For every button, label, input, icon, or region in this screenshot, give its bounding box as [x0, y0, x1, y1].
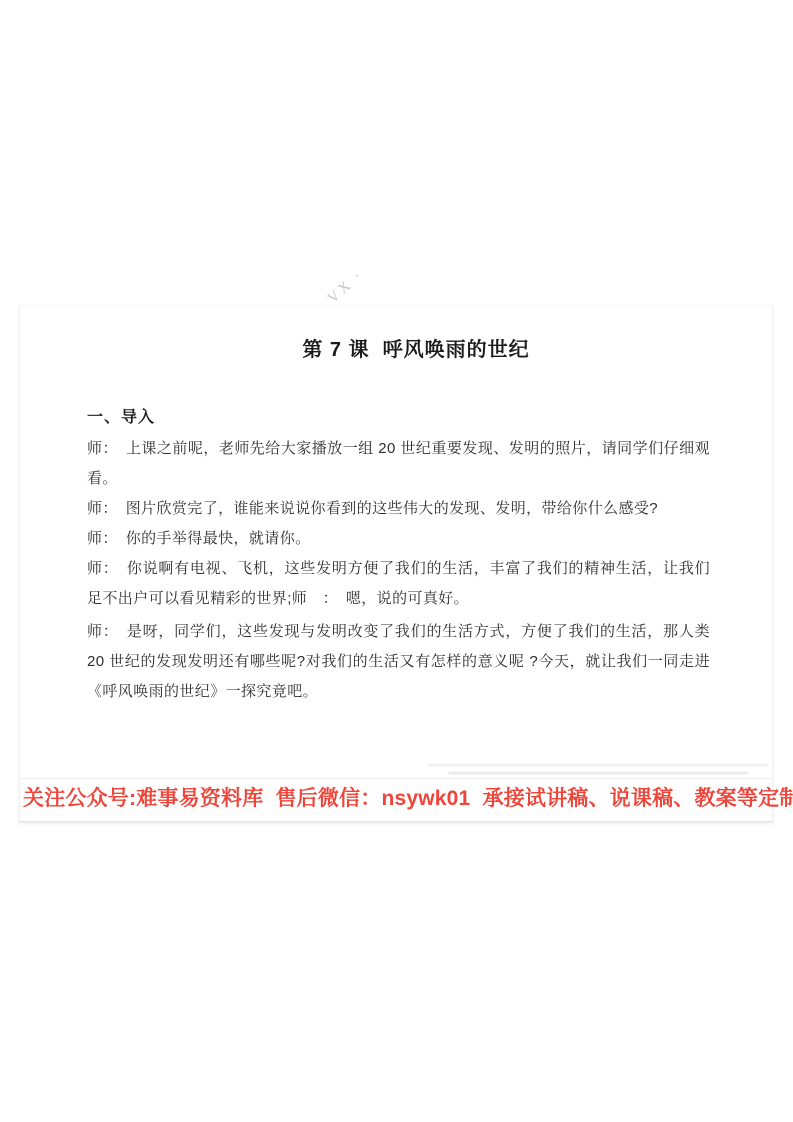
smudge-line [428, 764, 768, 766]
dialogue-paragraph: 师： 是呀，同学们，这些发现与发明改变了我们的生活方式，方便了我们的生活，那人类… [87, 617, 710, 707]
footer-notice-strip: 关注公众号:难事易资料库 售后微信：nsywk01 承接试讲稿、说课稿、教案等定… [21, 778, 771, 818]
document-page: 第 7 课 呼风唤雨的世纪 一、导入 师： 上课之前呢，老师先给大家播放一组 2… [19, 305, 773, 822]
dialogue-paragraph: 师： 上课之前呢，老师先给大家播放一组 20 世纪重要发现、发明的照片，请同学们… [87, 434, 710, 494]
dialogue-paragraph: 师： 图片欣赏完了，谁能来说说你看到的这些伟大的发现、发明，带给你什么感受? [87, 494, 710, 524]
footer-notice-text: 关注公众号:难事易资料库 售后微信：nsywk01 承接试讲稿、说课稿、教案等定… [23, 782, 771, 812]
scanned-document-canvas: VX · 第 7 课 呼风唤雨的世纪 一、导入 师： 上课之前呢，老师先给大家播… [0, 0, 793, 1122]
diagonal-watermark-text: VX · [325, 267, 368, 308]
dialogue-paragraph: 师： 你说啊有电视、飞机，这些发明方便了我们的生活，丰富了我们的精神生活，让我们… [87, 554, 710, 614]
section-heading-intro: 一、导入 [87, 404, 772, 427]
smudge-line [448, 772, 748, 774]
dialogue-paragraph: 师： 你的手举得最快，就请你。 [87, 524, 710, 554]
lesson-title: 第 7 课 呼风唤雨的世纪 [20, 333, 772, 362]
